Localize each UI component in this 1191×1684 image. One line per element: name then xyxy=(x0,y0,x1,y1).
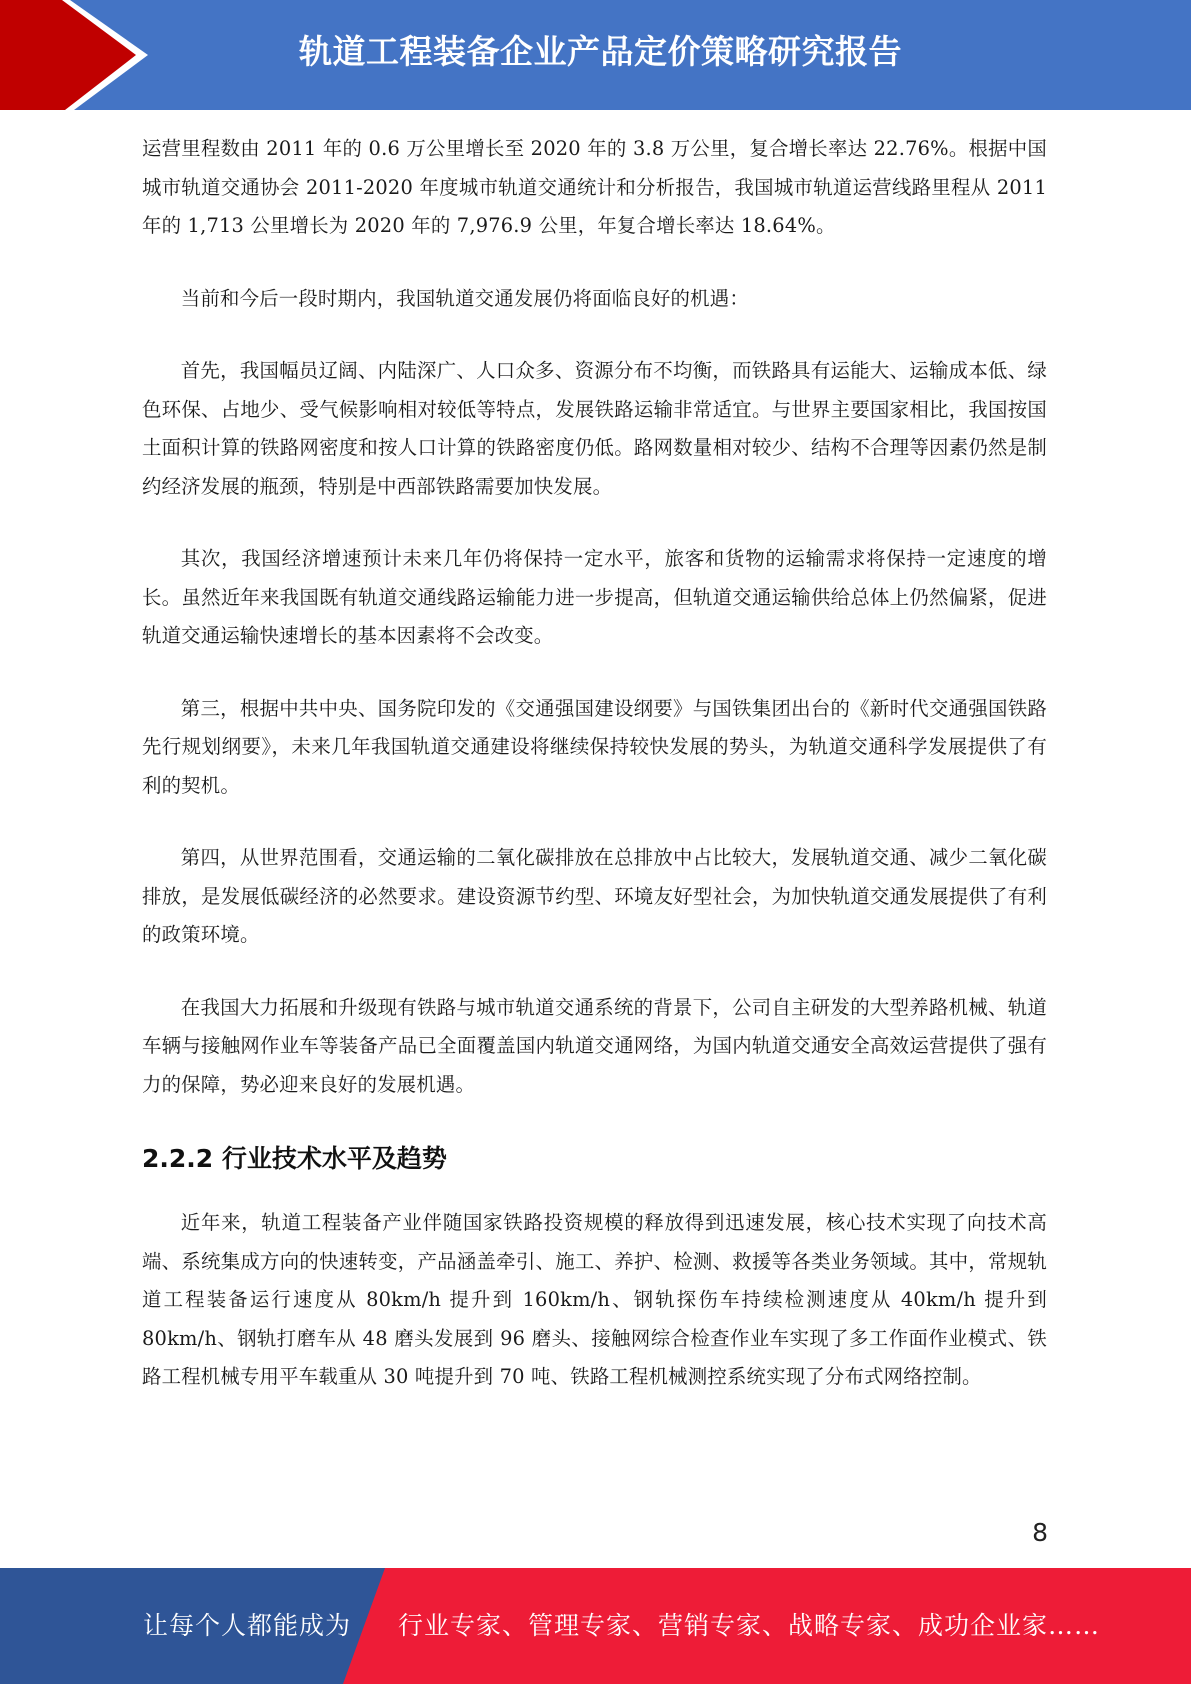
paragraph: 近年来，轨道工程装备产业伴随国家铁路投资规模的释放得到迅速发展，核心技术实现了向… xyxy=(142,1204,1047,1397)
page-header-banner: 轨道工程装备企业产品定价策略研究报告 xyxy=(0,0,1191,110)
document-body: 运营里程数由 2011 年的 0.6 万公里增长至 2020 年的 3.8 万公… xyxy=(142,130,1047,1431)
paragraph: 第四，从世界范围看，交通运输的二氧化碳排放在总排放中占比较大，发展轨道交通、减少… xyxy=(142,839,1047,955)
paragraph: 其次，我国经济增速预计未来几年仍将保持一定水平，旅客和货物的运输需求将保持一定速… xyxy=(142,540,1047,656)
report-title: 轨道工程装备企业产品定价策略研究报告 xyxy=(0,0,1191,110)
paragraph: 当前和今后一段时期内，我国轨道交通发展仍将面临良好的机遇： xyxy=(142,280,1047,319)
paragraph: 第三，根据中共中央、国务院印发的《交通强国建设纲要》与国铁集团出台的《新时代交通… xyxy=(142,690,1047,806)
footer-slogan-left: 让每个人都能成为 xyxy=(143,1568,351,1684)
page-number: 8 xyxy=(1032,1518,1048,1547)
page-footer-banner: 让每个人都能成为 行业专家、管理专家、营销专家、战略专家、成功企业家…… xyxy=(0,1568,1191,1684)
paragraph: 运营里程数由 2011 年的 0.6 万公里增长至 2020 年的 3.8 万公… xyxy=(142,130,1047,246)
section-heading: 2.2.2 行业技术水平及趋势 xyxy=(142,1138,1047,1180)
footer-slogan-right: 行业专家、管理专家、营销专家、战略专家、成功企业家…… xyxy=(398,1568,1100,1684)
paragraph: 在我国大力拓展和升级现有铁路与城市轨道交通系统的背景下，公司自主研发的大型养路机… xyxy=(142,989,1047,1105)
paragraph: 首先，我国幅员辽阔、内陆深广、人口众多、资源分布不均衡，而铁路具有运能大、运输成… xyxy=(142,352,1047,506)
